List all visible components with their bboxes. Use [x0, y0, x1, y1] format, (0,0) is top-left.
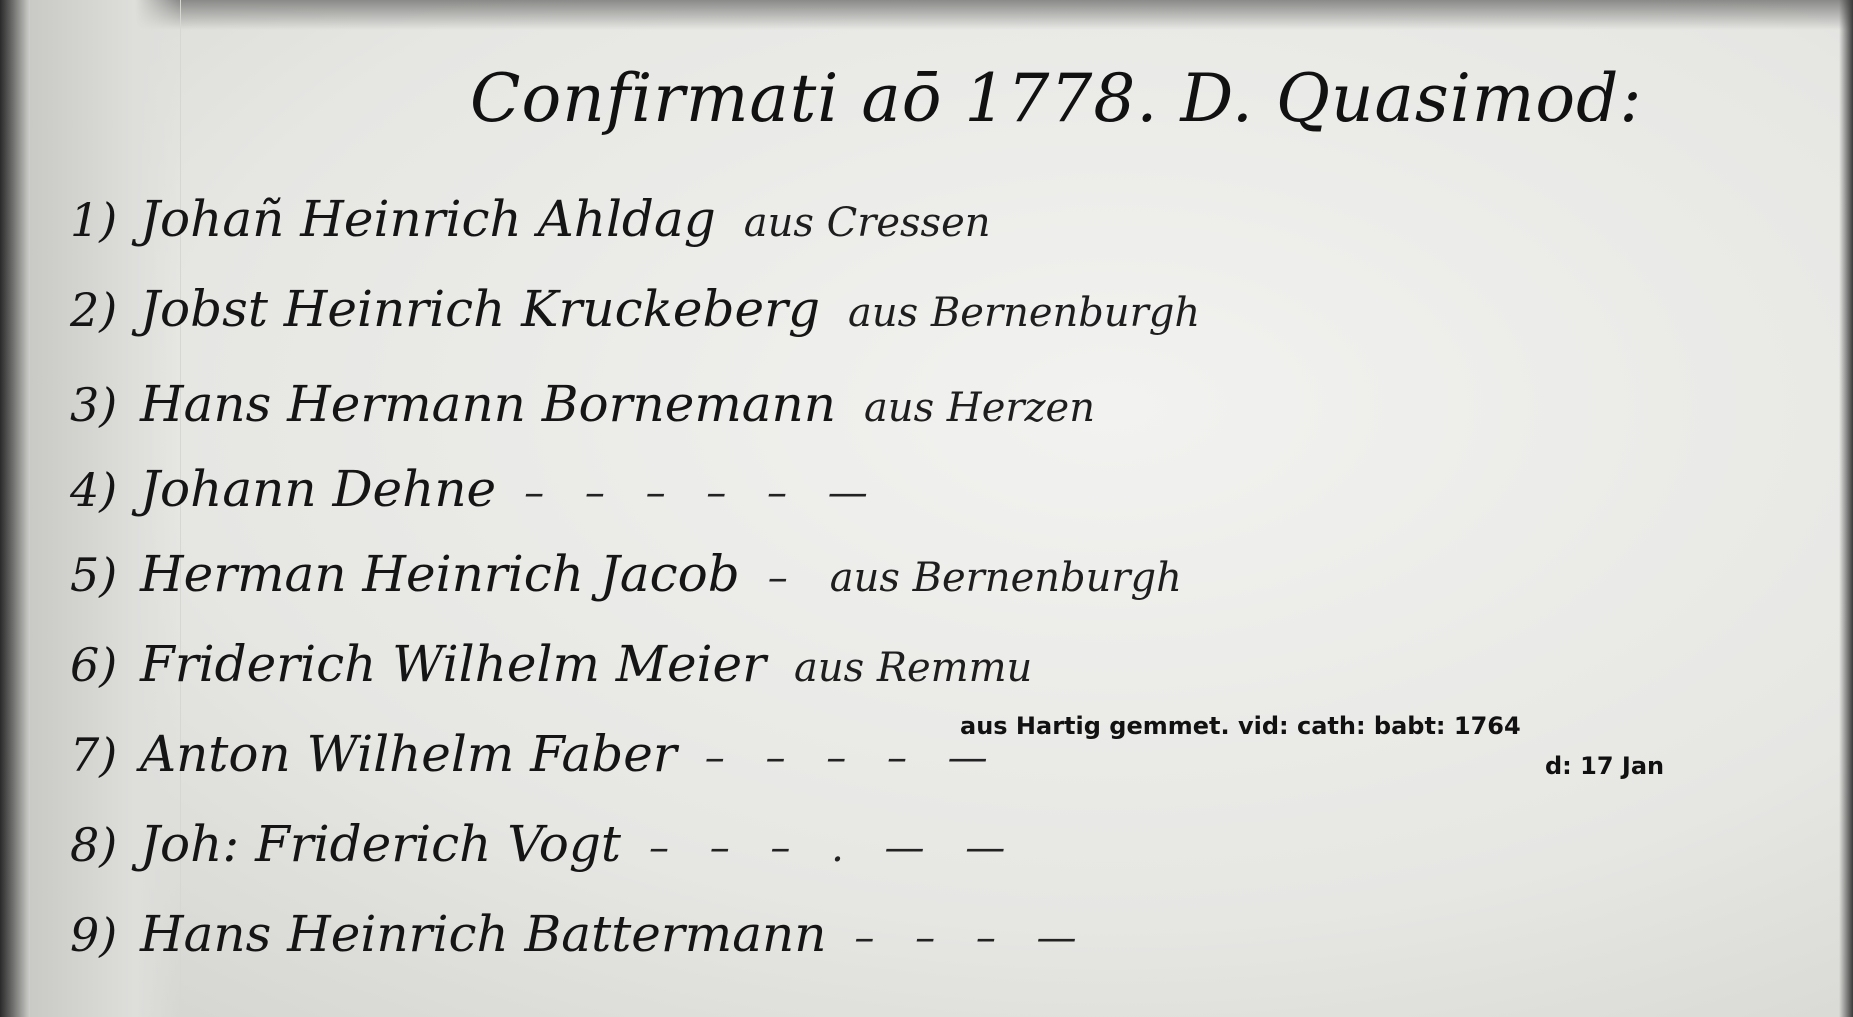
register-entry: 1) Johañ Heinrich Ahldag aus Cressen [70, 190, 991, 270]
entry-ditto-dashes: – – – . — — [649, 825, 1019, 871]
entry-name: Hans Heinrich Battermann [140, 905, 826, 963]
page-edge-shadow [1839, 0, 1853, 1017]
entry-number: 2) [70, 283, 140, 337]
register-entry: 6) Friderich Wilhelm Meier aus Remmu [70, 635, 1032, 715]
page-title: Confirmati aō 1778. D. Quasimod: [470, 60, 1643, 137]
entry-ditto-dashes: – – – – — [705, 735, 1002, 781]
register-entry: 5) Herman Heinrich Jacob – aus Bernenbur… [70, 545, 1182, 625]
register-entry: 8) Joh: Friderich Vogt – – – . — — [70, 815, 1019, 895]
entry-origin: aus Remmu [794, 645, 1032, 691]
marginal-annotation-date: d: 17 Jan [1545, 752, 1664, 780]
register-page: Confirmati aō 1778. D. Quasimod: 1) Joha… [0, 0, 1853, 1017]
entry-number: 5) [70, 548, 140, 602]
marginal-annotation: aus Hartig gemmet. vid: cath: babt: 1764 [960, 712, 1521, 740]
entry-origin: aus Bernenburgh [848, 290, 1200, 336]
entry-origin: aus Cressen [744, 200, 991, 246]
entry-name: Joh: Friderich Vogt [140, 815, 621, 873]
register-entry: 4) Johann Dehne – – – – – — [70, 460, 882, 540]
entry-name: Hans Hermann Bornemann [140, 375, 836, 433]
entry-origin: aus Bernenburgh [830, 555, 1182, 601]
entry-ditto-dashes: – – – – – — [524, 470, 882, 516]
entry-number: 6) [70, 638, 140, 692]
register-entry: 3) Hans Hermann Bornemann aus Herzen [70, 375, 1095, 455]
entry-number: 7) [70, 728, 140, 782]
entry-number: 8) [70, 818, 140, 872]
entry-number: 9) [70, 908, 140, 962]
entry-number: 4) [70, 463, 140, 517]
entry-name: Jobst Heinrich Kruckeberg [140, 280, 820, 338]
entry-ditto-dashes: – – – — [854, 915, 1090, 961]
entry-name: Johañ Heinrich Ahldag [140, 190, 716, 248]
entry-number: 1) [70, 193, 140, 247]
register-entry: 7) Anton Wilhelm Faber – – – – — [70, 725, 1002, 805]
register-entry: 2) Jobst Heinrich Kruckeberg aus Bernenb… [70, 280, 1200, 360]
entry-origin: aus Herzen [864, 385, 1095, 431]
entry-name: Johann Dehne [140, 460, 496, 518]
entry-name: Herman Heinrich Jacob [140, 545, 740, 603]
register-entry: 9) Hans Heinrich Battermann – – – — [70, 905, 1091, 985]
entry-name: Friderich Wilhelm Meier [140, 635, 766, 693]
entry-number: 3) [70, 378, 140, 432]
entry-ditto-dashes: – [768, 555, 802, 601]
top-shadow [0, 0, 1853, 30]
book-binding [0, 0, 30, 1017]
entry-name: Anton Wilhelm Faber [140, 725, 677, 783]
